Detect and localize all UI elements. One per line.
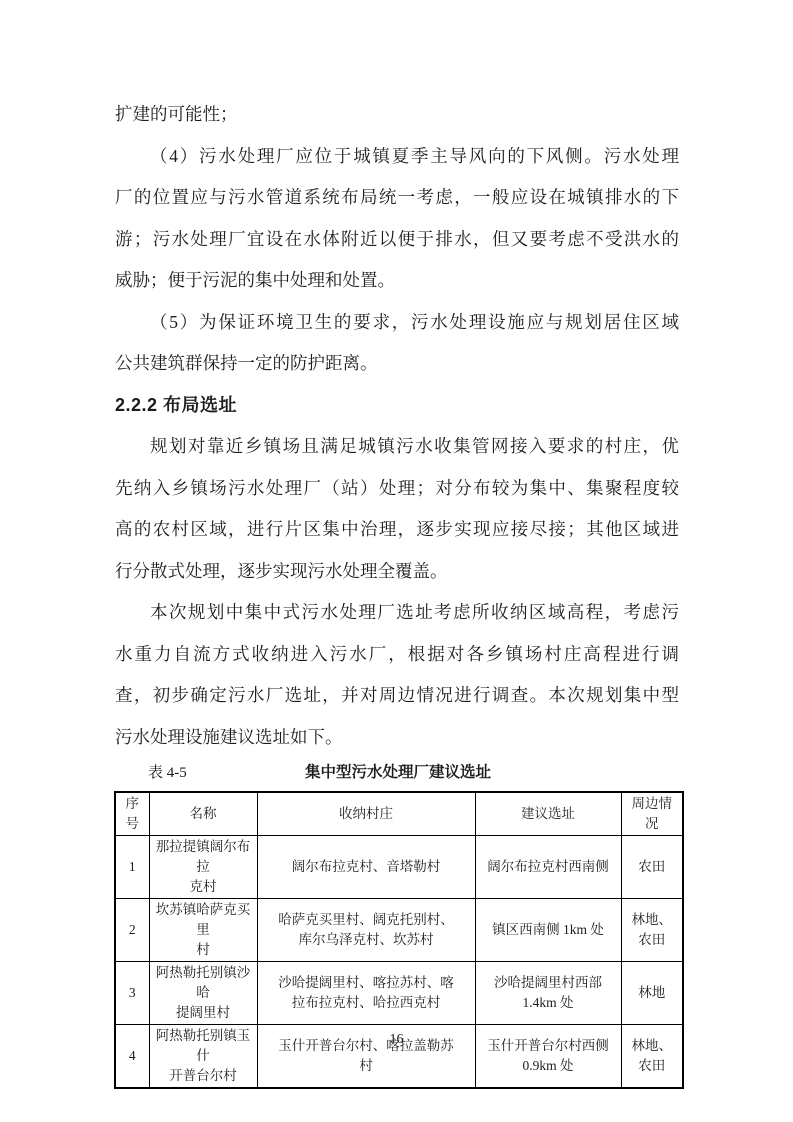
para4-line-3: 游；污水处理厂宜设在水体附近以便于排水，但又要考虑不受洪水的 — [115, 219, 679, 261]
header-cell-villages: 收纳村庄 — [257, 792, 475, 836]
cell-surroundings: 林地 — [621, 962, 683, 1025]
cell-villages: 哈萨克买里村、阔克托别村、 库尔乌泽克村、坎苏村 — [257, 899, 475, 962]
cell-name: 那拉提镇阔尔布拉 克村 — [149, 836, 257, 899]
table-row: 1 那拉提镇阔尔布拉 克村 阔尔布拉克村、音塔勒村 阔尔布拉克村西南侧 农田 — [115, 836, 683, 899]
cell-name: 坎苏镇哈萨克买里 村 — [149, 899, 257, 962]
para4-line-2: 厂的位置应与污水管道系统布局统一考虑，一般应设在城镇排水的下 — [115, 177, 679, 219]
cell-surroundings: 林地、 农田 — [621, 899, 683, 962]
header-cell-site: 建议选址 — [475, 792, 621, 836]
cell-site: 沙哈提阔里村西部 1.4km 处 — [475, 962, 621, 1025]
header-cell-surroundings: 周边情 况 — [621, 792, 683, 836]
para6-line-1: 规划对靠近乡镇场且满足城镇污水收集管网接入要求的村庄，优 — [115, 426, 679, 468]
table-title: 集中型污水处理厂建议选址 — [114, 757, 682, 789]
cell-no: 1 — [115, 836, 149, 899]
cell-no: 2 — [115, 899, 149, 962]
section-heading: 2.2.2 布局选址 — [115, 385, 679, 427]
table-row: 2 坎苏镇哈萨克买里 村 哈萨克买里村、阔克托别村、 库尔乌泽克村、坎苏村 镇区… — [115, 899, 683, 962]
para6-line-2: 先纳入乡镇场污水处理厂（站）处理；对分布较为集中、集聚程度较 — [115, 468, 679, 510]
cell-site: 阔尔布拉克村西南侧 — [475, 836, 621, 899]
para6-line-3: 高的农村区域，进行片区集中治理，逐步实现应接尽接；其他区域进 — [115, 509, 679, 551]
cell-surroundings: 农田 — [621, 836, 683, 899]
para5-line-2: 公共建筑群保持一定的防护距离。 — [115, 343, 679, 385]
para7-line-2: 水重力自流方式收纳进入污水厂，根据对各乡镇场村庄高程进行调 — [115, 634, 679, 676]
paragraph-continuation-line: 扩建的可能性； — [115, 94, 679, 136]
cell-no: 3 — [115, 962, 149, 1025]
para6-line-4: 行分散式处理，逐步实现污水处理全覆盖。 — [115, 551, 679, 593]
cell-villages: 阔尔布拉克村、音塔勒村 — [257, 836, 475, 899]
cell-villages: 沙哈提阔里村、喀拉苏村、喀 拉布拉克村、哈拉西克村 — [257, 962, 475, 1025]
para7-line-4: 污水处理设施建议选址如下。 — [115, 717, 679, 759]
header-cell-name: 名称 — [149, 792, 257, 836]
para7-line-1: 本次规划中集中式污水处理厂选址考虑所收纳区域高程，考虑污 — [115, 592, 679, 634]
cell-site: 镇区西南侧 1km 处 — [475, 899, 621, 962]
body-text-column: 扩建的可能性； （4）污水处理厂应位于城镇夏季主导风向的下风侧。污水处理 厂的位… — [115, 94, 679, 758]
document-page: 扩建的可能性； （4）污水处理厂应位于城镇夏季主导风向的下风侧。污水处理 厂的位… — [0, 0, 793, 1122]
para4-line-1: （4）污水处理厂应位于城镇夏季主导风向的下风侧。污水处理 — [115, 136, 679, 178]
page-number: 16 — [0, 1030, 793, 1050]
header-cell-no: 序 号 — [115, 792, 149, 836]
para4-line-4: 威胁；便于污泥的集中处理和处置。 — [115, 260, 679, 302]
cell-name: 阿热勒托别镇沙哈 提阔里村 — [149, 962, 257, 1025]
table-caption: 表 4-5 集中型污水处理厂建议选址 — [114, 757, 682, 789]
para7-line-3: 查，初步确定污水厂选址，并对周边情况进行调查。本次规划集中型 — [115, 675, 679, 717]
table-row: 3 阿热勒托别镇沙哈 提阔里村 沙哈提阔里村、喀拉苏村、喀 拉布拉克村、哈拉西克… — [115, 962, 683, 1025]
table-header-row: 序 号 名称 收纳村庄 建议选址 周边情 况 — [115, 792, 683, 836]
para5-line-1: （5）为保证环境卫生的要求，污水处理设施应与规划居住区域 — [115, 302, 679, 344]
